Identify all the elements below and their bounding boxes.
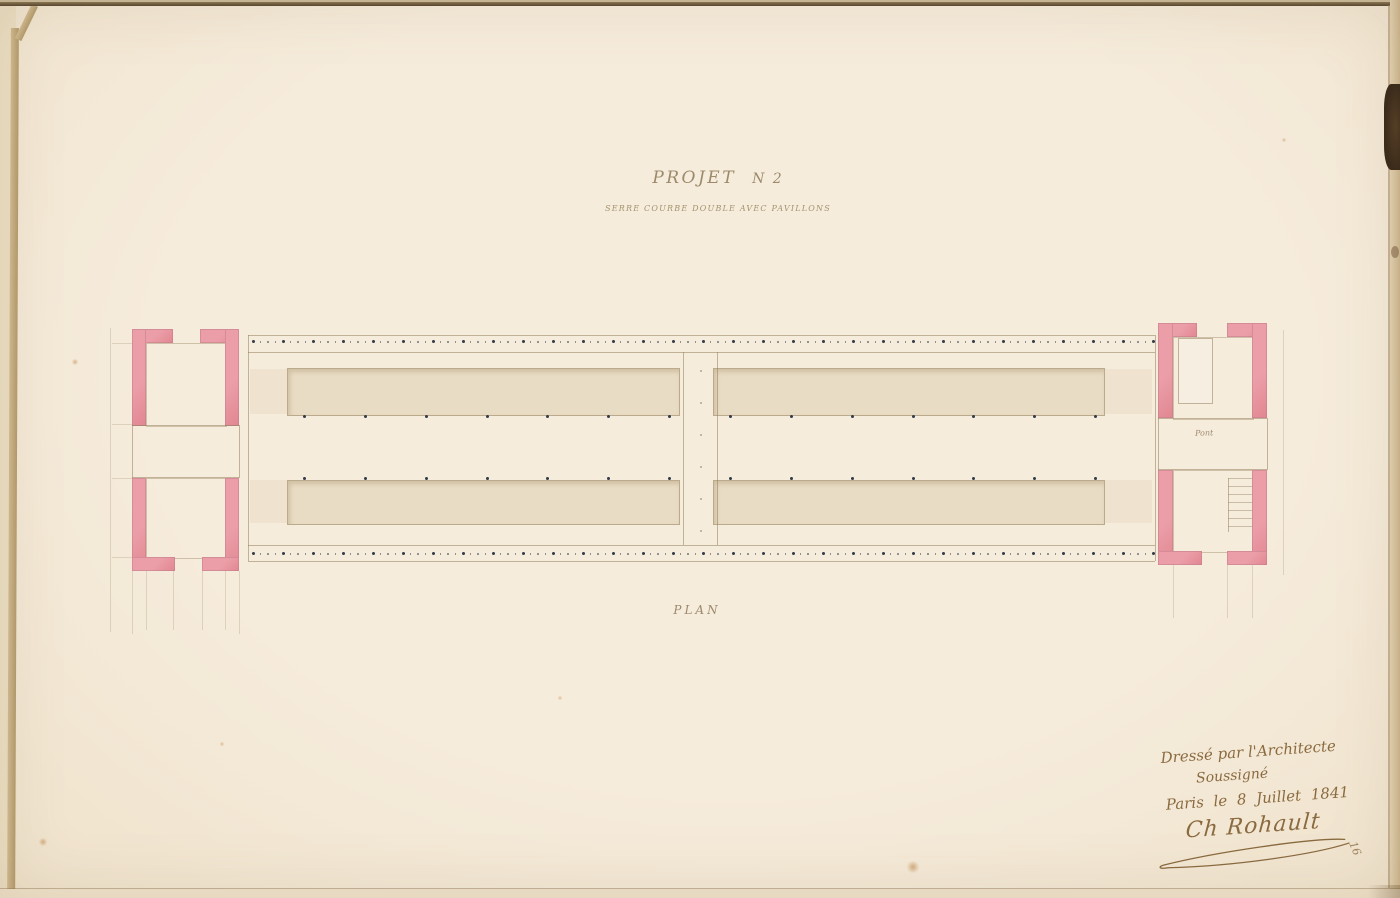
- construction-line: [173, 571, 174, 630]
- glazing-post-dot: [440, 341, 442, 343]
- column-dot: [1032, 340, 1035, 343]
- column-dot: [522, 552, 525, 555]
- glazing-post-dot: [927, 553, 929, 555]
- glazing-post-dot: [365, 553, 367, 555]
- glazing-post-dot: [687, 553, 689, 555]
- glazing-post-dot: [1100, 341, 1102, 343]
- foxing-spot: [72, 359, 78, 365]
- foxing-spot: [1282, 138, 1286, 142]
- column-dot: [372, 552, 375, 555]
- column-dot: [1062, 340, 1065, 343]
- construction-line: [1227, 565, 1228, 618]
- bed-column-dot: [790, 415, 793, 418]
- glazing-post-dot: [897, 341, 899, 343]
- glazing-post-dot: [477, 553, 479, 555]
- glazing-post-dot: [965, 341, 967, 343]
- construction-line: [239, 571, 240, 634]
- glazing-post-dot: [755, 341, 757, 343]
- column-dot: [342, 340, 345, 343]
- pavilion-wall: [225, 329, 239, 426]
- glazing-post-dot: [1130, 341, 1132, 343]
- column-dot: [462, 340, 465, 343]
- column-dot: [402, 340, 405, 343]
- plan-line: [1158, 418, 1267, 419]
- construction-line: [112, 557, 132, 558]
- plan-line: [1155, 335, 1156, 561]
- glazing-post-dot: [590, 553, 592, 555]
- glazing-post-dot: [327, 553, 329, 555]
- bed-column-dot: [851, 415, 854, 418]
- glazing-post-dot: [605, 341, 607, 343]
- column-dot: [432, 340, 435, 343]
- glazing-post-dot: [545, 341, 547, 343]
- column-dot: [1002, 552, 1005, 555]
- pavilion-pencil-note: Pont: [1195, 427, 1245, 438]
- column-dot: [942, 552, 945, 555]
- glazing-post-dot: [777, 553, 779, 555]
- glazing-post-dot: [650, 553, 652, 555]
- bed-column-dot: [668, 415, 671, 418]
- glazing-post-dot: [695, 341, 697, 343]
- stair-step: [1228, 526, 1252, 527]
- glazing-post-dot: [1115, 553, 1117, 555]
- pavilion-wall: [202, 557, 239, 571]
- glazing-post-dot: [627, 553, 629, 555]
- construction-line: [1252, 565, 1253, 618]
- column-dot: [942, 340, 945, 343]
- glazing-post-dot: [275, 341, 277, 343]
- glazing-post-dot: [920, 341, 922, 343]
- plan-line: [683, 352, 684, 545]
- glazing-post-dot: [335, 341, 337, 343]
- glazing-post-dot: [305, 341, 307, 343]
- planting-bed: [287, 480, 680, 525]
- stair-step: [1228, 478, 1252, 479]
- glazing-post-dot: [665, 553, 667, 555]
- glazing-post-dot: [1145, 341, 1147, 343]
- glazing-post-dot: [710, 553, 712, 555]
- glazing-post-dot: [837, 553, 839, 555]
- column-dot: [552, 552, 555, 555]
- column-dot: [432, 552, 435, 555]
- bed-column-dot: [364, 477, 367, 480]
- bed-column-dot: [912, 415, 915, 418]
- glazing-post-dot: [530, 553, 532, 555]
- glazing-post-dot: [447, 553, 449, 555]
- passage-axis-dot: [700, 466, 702, 468]
- glazing-post-dot: [657, 553, 659, 555]
- glazing-post-dot: [575, 553, 577, 555]
- bed-wash: [250, 480, 287, 523]
- pavilion-wall: [1158, 323, 1173, 418]
- column-dot: [852, 552, 855, 555]
- glazing-post-dot: [980, 553, 982, 555]
- stair-step: [1228, 494, 1252, 495]
- glazing-post-dot: [845, 341, 847, 343]
- column-dot: [882, 552, 885, 555]
- glazing-post-dot: [567, 341, 569, 343]
- glazing-post-dot: [387, 341, 389, 343]
- column-dot: [1002, 340, 1005, 343]
- glazing-post-dot: [1130, 553, 1132, 555]
- column-dot: [912, 340, 915, 343]
- glazing-post-dot: [507, 553, 509, 555]
- construction-line: [146, 571, 147, 630]
- bed-wash: [250, 369, 287, 414]
- column-dot: [972, 340, 975, 343]
- glazing-post-dot: [567, 553, 569, 555]
- glazing-post-dot: [950, 553, 952, 555]
- bed-column-dot: [546, 415, 549, 418]
- column-dot: [732, 340, 735, 343]
- glazing-post-dot: [1077, 553, 1079, 555]
- bed-column-dot: [851, 477, 854, 480]
- glazing-post-dot: [800, 341, 802, 343]
- glazing-post-dot: [845, 553, 847, 555]
- glazing-post-dot: [417, 553, 419, 555]
- glazing-post-dot: [410, 553, 412, 555]
- glazing-post-dot: [470, 341, 472, 343]
- column-dot: [912, 552, 915, 555]
- glazing-post-dot: [1137, 553, 1139, 555]
- glazing-post-dot: [380, 553, 382, 555]
- glazing-post-dot: [1085, 553, 1087, 555]
- passage-axis-dot: [700, 530, 702, 532]
- plan-line: [717, 352, 718, 545]
- glazing-post-dot: [537, 341, 539, 343]
- glazing-post-dot: [815, 341, 817, 343]
- glazing-post-dot: [927, 341, 929, 343]
- column-dot: [852, 340, 855, 343]
- column-dot: [552, 340, 555, 343]
- glazing-post-dot: [680, 553, 682, 555]
- glazing-post-dot: [935, 553, 937, 555]
- glazing-post-dot: [1047, 553, 1049, 555]
- column-dot: [702, 552, 705, 555]
- construction-line: [1283, 330, 1284, 575]
- glazing-post-dot: [537, 553, 539, 555]
- glazing-post-dot: [830, 341, 832, 343]
- glazing-post-dot: [297, 341, 299, 343]
- glazing-post-dot: [935, 341, 937, 343]
- pavilion-wall: [132, 557, 175, 571]
- glazing-post-dot: [1010, 341, 1012, 343]
- glazing-post-dot: [950, 341, 952, 343]
- glazing-post-dot: [710, 341, 712, 343]
- glazing-post-dot: [1010, 553, 1012, 555]
- glazing-post-dot: [785, 553, 787, 555]
- pavilion-room: [146, 343, 227, 427]
- bed-column-dot: [1094, 415, 1097, 418]
- plan-line: [248, 561, 1155, 562]
- glazing-post-dot: [477, 341, 479, 343]
- bed-column-dot: [668, 477, 671, 480]
- glazing-post-dot: [995, 553, 997, 555]
- glazing-post-dot: [320, 341, 322, 343]
- glazing-post-dot: [597, 341, 599, 343]
- glazing-post-dot: [785, 341, 787, 343]
- passage-axis-dot: [700, 498, 702, 500]
- glazing-post-dot: [905, 553, 907, 555]
- column-dot: [972, 552, 975, 555]
- bed-column-dot: [486, 477, 489, 480]
- glazing-post-dot: [1085, 341, 1087, 343]
- column-dot: [342, 552, 345, 555]
- column-dot: [762, 552, 765, 555]
- column-dot: [642, 552, 645, 555]
- glazing-post-dot: [875, 341, 877, 343]
- plan-line: [132, 425, 239, 426]
- column-dot: [822, 552, 825, 555]
- bed-column-dot: [729, 415, 732, 418]
- glazing-post-dot: [440, 553, 442, 555]
- plan-line: [1267, 418, 1268, 470]
- glazing-post-dot: [455, 341, 457, 343]
- glazing-post-dot: [560, 341, 562, 343]
- pavilion-room: [1173, 470, 1254, 553]
- glazing-post-dot: [680, 341, 682, 343]
- glazing-post-dot: [740, 341, 742, 343]
- glazing-post-dot: [980, 341, 982, 343]
- glazing-post-dot: [350, 341, 352, 343]
- plan-line: [248, 335, 1155, 336]
- stair-step: [1228, 486, 1252, 487]
- column-dot: [672, 340, 675, 343]
- glazing-post-dot: [987, 553, 989, 555]
- inscription-line-3: Paris le 8 Juillet 1841: [1165, 783, 1349, 814]
- glazing-post-dot: [635, 553, 637, 555]
- column-dot: [1062, 552, 1065, 555]
- plan-line: [132, 477, 239, 478]
- glazing-post-dot: [1047, 341, 1049, 343]
- glazing-post-dot: [485, 341, 487, 343]
- glazing-post-dot: [1100, 553, 1102, 555]
- glazing-post-dot: [1070, 553, 1072, 555]
- glazing-post-dot: [807, 553, 809, 555]
- glazing-post-dot: [665, 341, 667, 343]
- glazing-post-dot: [575, 341, 577, 343]
- bed-column-dot: [425, 477, 428, 480]
- glazing-post-dot: [1040, 341, 1042, 343]
- foxing-spot: [907, 861, 919, 873]
- pavilion-wall: [1227, 551, 1267, 565]
- glazing-post-dot: [725, 341, 727, 343]
- column-dot: [1032, 552, 1035, 555]
- glazing-post-dot: [387, 553, 389, 555]
- bed-column-dot: [486, 415, 489, 418]
- glazing-post-dot: [410, 341, 412, 343]
- bed-column-dot: [607, 415, 610, 418]
- glazing-post-dot: [965, 553, 967, 555]
- glazing-post-dot: [867, 553, 869, 555]
- column-dot: [582, 340, 585, 343]
- glazing-post-dot: [1017, 341, 1019, 343]
- planting-bed: [287, 368, 680, 416]
- column-dot: [402, 552, 405, 555]
- glazing-post-dot: [500, 553, 502, 555]
- glazing-post-dot: [777, 341, 779, 343]
- scanned-drawing-sheet: PROJETN 2 SERRE COURBE DOUBLE AVEC PAVIL…: [0, 0, 1400, 898]
- glazing-post-dot: [800, 553, 802, 555]
- glazing-post-dot: [717, 341, 719, 343]
- glazing-post-dot: [867, 341, 869, 343]
- glazing-post-dot: [860, 341, 862, 343]
- glazing-post-dot: [1025, 553, 1027, 555]
- glazing-post-dot: [815, 553, 817, 555]
- bed-wash: [1103, 480, 1152, 523]
- glazing-post-dot: [650, 341, 652, 343]
- glazing-post-dot: [500, 341, 502, 343]
- column-dot: [312, 340, 315, 343]
- bed-column-dot: [364, 415, 367, 418]
- glazing-post-dot: [357, 341, 359, 343]
- bed-column-dot: [912, 477, 915, 480]
- glazing-post-dot: [860, 553, 862, 555]
- glazing-post-dot: [957, 553, 959, 555]
- glazing-post-dot: [320, 553, 322, 555]
- plan-label: PLAN: [597, 603, 797, 617]
- bed-column-dot: [303, 477, 306, 480]
- column-dot: [702, 340, 705, 343]
- glazing-post-dot: [260, 341, 262, 343]
- glazing-post-dot: [395, 553, 397, 555]
- bed-wash: [1103, 369, 1152, 414]
- bed-column-dot: [729, 477, 732, 480]
- glazing-post-dot: [380, 341, 382, 343]
- glazing-post-dot: [657, 341, 659, 343]
- column-dot: [312, 552, 315, 555]
- glazing-post-dot: [1055, 341, 1057, 343]
- column-dot: [462, 552, 465, 555]
- stair-step: [1228, 502, 1252, 503]
- column-dot: [1092, 552, 1095, 555]
- glazing-post-dot: [987, 341, 989, 343]
- column-dot: [732, 552, 735, 555]
- glazing-post-dot: [447, 341, 449, 343]
- column-dot: [882, 340, 885, 343]
- glazing-post-dot: [770, 553, 772, 555]
- column-dot: [282, 340, 285, 343]
- glazing-post-dot: [717, 553, 719, 555]
- foxing-spot: [558, 696, 562, 700]
- construction-line: [112, 343, 132, 344]
- glazing-post-dot: [897, 553, 899, 555]
- glazing-post-dot: [725, 553, 727, 555]
- construction-line: [112, 478, 132, 479]
- bed-column-dot: [303, 415, 306, 418]
- glazing-post-dot: [515, 341, 517, 343]
- glazing-post-dot: [747, 553, 749, 555]
- glazing-post-dot: [530, 341, 532, 343]
- glazing-post-dot: [1070, 341, 1072, 343]
- glazing-post-dot: [920, 553, 922, 555]
- glazing-post-dot: [560, 553, 562, 555]
- glazing-post-dot: [1017, 553, 1019, 555]
- glazing-post-dot: [837, 341, 839, 343]
- glazing-post-dot: [1107, 553, 1109, 555]
- foxing-spot: [39, 838, 47, 846]
- glazing-post-dot: [605, 553, 607, 555]
- plan-line: [132, 425, 133, 478]
- plan-line: [248, 352, 1155, 353]
- glazing-post-dot: [395, 341, 397, 343]
- glazing-post-dot: [957, 341, 959, 343]
- column-dot: [822, 340, 825, 343]
- glazing-post-dot: [695, 553, 697, 555]
- glazing-post-dot: [455, 553, 457, 555]
- glazing-post-dot: [597, 553, 599, 555]
- column-dot: [1122, 340, 1125, 343]
- plan-line: [248, 545, 1155, 546]
- construction-line: [132, 571, 133, 634]
- glazing-post-dot: [335, 553, 337, 555]
- glazing-post-dot: [755, 553, 757, 555]
- glazing-post-dot: [267, 341, 269, 343]
- foxing-spot: [220, 742, 224, 746]
- column-dot: [492, 552, 495, 555]
- column-dot: [252, 340, 255, 343]
- glazing-post-dot: [485, 553, 487, 555]
- glazing-post-dot: [267, 553, 269, 555]
- column-dot: [1152, 340, 1155, 343]
- glazing-post-dot: [545, 553, 547, 555]
- glazing-post-dot: [357, 553, 359, 555]
- glazing-post-dot: [905, 341, 907, 343]
- glazing-post-dot: [365, 341, 367, 343]
- glazing-post-dot: [1055, 553, 1057, 555]
- glazing-post-dot: [890, 341, 892, 343]
- glazing-post-dot: [470, 553, 472, 555]
- glazing-post-dot: [807, 341, 809, 343]
- glazing-post-dot: [1107, 341, 1109, 343]
- column-dot: [582, 552, 585, 555]
- glazing-post-dot: [830, 553, 832, 555]
- column-dot: [612, 552, 615, 555]
- column-dot: [252, 552, 255, 555]
- glazing-post-dot: [417, 341, 419, 343]
- bed-column-dot: [425, 415, 428, 418]
- inscription-line-2: Soussigné: [1196, 766, 1269, 787]
- glazing-post-dot: [507, 341, 509, 343]
- glazing-post-dot: [425, 341, 427, 343]
- column-dot: [762, 340, 765, 343]
- glazing-post-dot: [297, 553, 299, 555]
- glazing-post-dot: [1025, 341, 1027, 343]
- glazing-post-dot: [1115, 341, 1117, 343]
- column-dot: [372, 340, 375, 343]
- column-dot: [792, 340, 795, 343]
- glazing-post-dot: [290, 553, 292, 555]
- stair-step: [1228, 518, 1252, 519]
- construction-line: [1173, 565, 1174, 618]
- planting-bed: [713, 368, 1105, 416]
- pavilion-wall: [1158, 551, 1202, 565]
- glazing-post-dot: [425, 553, 427, 555]
- bed-column-dot: [1094, 477, 1097, 480]
- glazing-post-dot: [687, 341, 689, 343]
- column-dot: [1092, 340, 1095, 343]
- passage-axis-dot: [700, 402, 702, 404]
- bed-column-dot: [790, 477, 793, 480]
- stair-step: [1228, 510, 1252, 511]
- bed-column-dot: [1033, 415, 1036, 418]
- passage-axis-dot: [700, 370, 702, 372]
- plan-line: [1158, 418, 1159, 470]
- glazing-post-dot: [747, 341, 749, 343]
- glazing-post-dot: [620, 553, 622, 555]
- glazing-post-dot: [620, 341, 622, 343]
- glazing-post-dot: [740, 553, 742, 555]
